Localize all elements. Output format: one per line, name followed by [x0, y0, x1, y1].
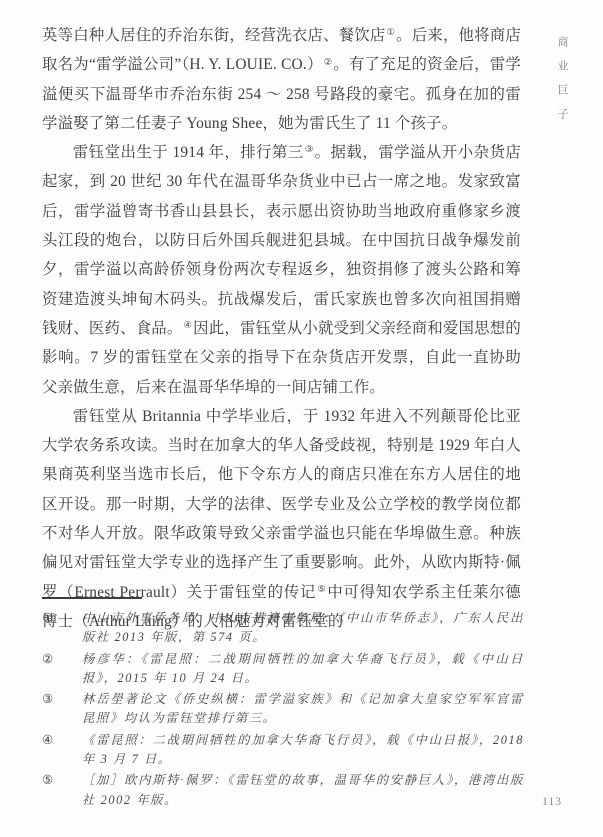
- footnote-text: 中山市外事侨务局、中山市港澳事务局：《中山市华侨志》，广东人民出版社 2013 …: [82, 609, 524, 648]
- footnote-ref-2: ②: [324, 58, 333, 68]
- book-page: 商业巨子 英等白种人居住的乔治东街，经营洗衣店、餐饮店①。后来，他将商店取名为“…: [0, 0, 603, 837]
- footnote-marker: ③: [42, 690, 82, 709]
- footnote-ref-4: ④: [184, 321, 193, 331]
- text-run: 英等白种人居住的乔治东街，经营洗衣店、餐饮店: [42, 27, 386, 44]
- footnote-marker: ④: [42, 731, 82, 750]
- paragraph-2: 雷钰堂出生于 1914 年，排行第三③。据载，雷学溢从开小杂货店起家，到 20 …: [42, 138, 521, 402]
- footnote-divider: [42, 597, 142, 599]
- footnote-marker: ②: [42, 650, 82, 669]
- text-run: 雷钰堂从 Britannia 中学毕业后，于 1932 年进入不列颠哥伦比亚大学…: [42, 408, 521, 601]
- footnote-text: 杨彦华：《雷昆照：二战期间牺牲的加拿大华裔飞行员》，载《中山日报》，2015 年…: [82, 650, 524, 689]
- footnote-text: 《雷昆照：二战期间牺牲的加拿大华裔飞行员》，载《中山日报》，2018 年 3 月…: [82, 731, 524, 770]
- text-run: 。据载，雷学溢从开小杂货店起家，到 20 世纪 30 年代在温哥华杂货业中已占一…: [42, 144, 521, 337]
- footnote-item-2: ② 杨彦华：《雷昆照：二战期间牺牲的加拿大华裔飞行员》，载《中山日报》，2015…: [42, 650, 524, 689]
- footnote-marker: ①: [42, 609, 82, 628]
- page-number: 113: [542, 796, 562, 808]
- footnotes-section: ① 中山市外事侨务局、中山市港澳事务局：《中山市华侨志》，广东人民出版社 201…: [42, 597, 524, 812]
- footnote-text: ［加］欧内斯特·佩罗：《雷钰堂的故事，温哥华的安静巨人》，港湾出版社 2002 …: [82, 771, 524, 810]
- footnote-item-3: ③ 林岳壆著论文《侨史纵横：雷学溢家族》和《记加拿大皇家空军军官雷昆照》均认为雷…: [42, 690, 524, 729]
- footnote-item-1: ① 中山市外事侨务局、中山市港澳事务局：《中山市华侨志》，广东人民出版社 201…: [42, 609, 524, 648]
- footnote-item-4: ④ 《雷昆照：二战期间牺牲的加拿大华裔飞行员》，载《中山日报》，2018 年 3…: [42, 731, 524, 770]
- footnote-ref-5: ⑤: [317, 585, 326, 595]
- footnote-marker: ⑤: [42, 771, 82, 790]
- footnote-ref-3: ③: [305, 145, 314, 155]
- footnote-item-5: ⑤ ［加］欧内斯特·佩罗：《雷钰堂的故事，温哥华的安静巨人》，港湾出版社 200…: [42, 771, 524, 810]
- body-text: 英等白种人居住的乔治东街，经营洗衣店、餐饮店①。后来，他将商店取名为“雷学溢公司…: [42, 21, 521, 636]
- footnote-text: 林岳壆著论文《侨史纵横：雷学溢家族》和《记加拿大皇家空军军官雷昆照》均认为雷钰堂…: [82, 690, 524, 729]
- text-run: 雷钰堂出生于 1914 年，排行第三: [73, 144, 304, 161]
- margin-label-vertical: 商业巨子: [554, 36, 570, 132]
- footnote-ref-1: ①: [387, 28, 396, 38]
- paragraph-1: 英等白种人居住的乔治东街，经营洗衣店、餐饮店①。后来，他将商店取名为“雷学溢公司…: [42, 21, 521, 138]
